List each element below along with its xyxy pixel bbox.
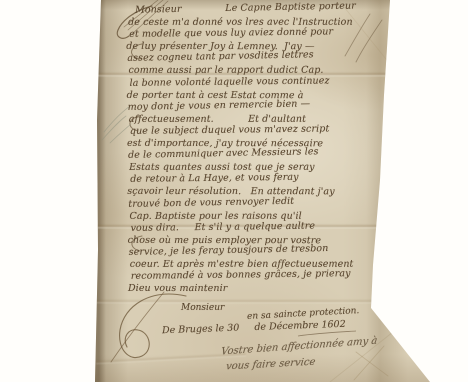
valediction-monsieur: Monsieur: [181, 303, 224, 313]
letter-line: Dieu vous maintenir: [128, 283, 380, 296]
letter-line: la bonne volonté laquelle vous continuez: [129, 74, 381, 89]
letter-line: de retour à La Haye, et vous feray: [130, 171, 382, 186]
letter-paper: Monsieur Le Capne Baptiste porteur de ce…: [0, 0, 468, 382]
letter-line: Monsieur Le Capne Baptiste porteur: [127, 0, 379, 17]
manuscript-scan: Monsieur Le Capne Baptiste porteur de ce…: [0, 0, 468, 382]
closing-line-2: vous faire service: [225, 357, 316, 373]
letter-line: vous dira. Et s'il y a quelque aultre: [130, 219, 382, 234]
fold-crease-lower: [96, 299, 374, 304]
letter-line: que le subject duquel vous m'avez script: [130, 123, 382, 138]
letter-body: Monsieur Le Capne Baptiste porteur de ce…: [127, 3, 381, 295]
dateline: De Bruges le 30 de Décembre 1602: [162, 319, 346, 336]
letter-line: et modelle que vous luy aviez donné pour: [129, 26, 381, 41]
date-underline: [298, 331, 356, 336]
letter-line: recommandé à vos bonnes grâces, je prier…: [131, 268, 383, 283]
closing-line-1: Vostre bien affectionnée amy à: [221, 335, 378, 357]
